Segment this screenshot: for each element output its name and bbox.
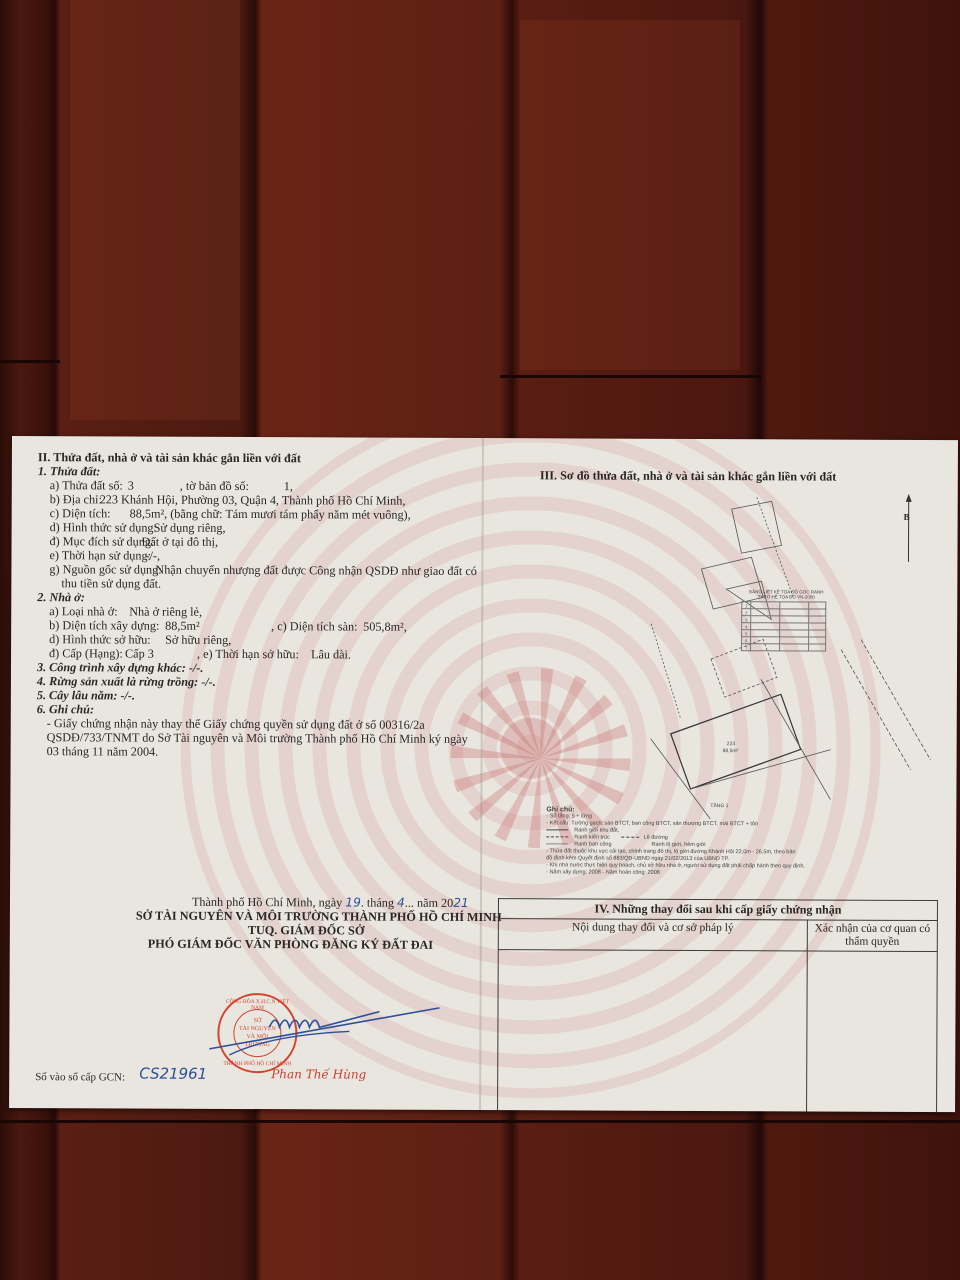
map-sheet-label: , tờ bản đồ số: — [180, 479, 249, 493]
month-label: tháng — [367, 896, 394, 910]
ownership-term-label: , e) Thời hạn sở hữu: — [197, 647, 299, 661]
registry-number: CS21961 — [139, 1067, 207, 1081]
parcel-number: 3 — [128, 479, 134, 493]
floor-highlight — [70, 0, 240, 420]
origin: Nhận chuyển nhượng đất được Công nhận QS… — [155, 563, 476, 578]
land-heading: 1. Thửa đất: — [38, 464, 101, 478]
house-type: Nhà ở riêng lẻ, — [129, 605, 202, 619]
signer-name: Phan Thế Hùng — [271, 1067, 366, 1081]
use-term-label: e) Thời hạn sử dụng: — [49, 548, 151, 562]
origin-label: g) Nguồn gốc sử dụng: — [49, 562, 161, 576]
floor-seam — [0, 1120, 960, 1123]
legend-curb: Lề đường — [644, 835, 668, 841]
ownership-label: d) Hình thức sở hữu: — [49, 632, 151, 646]
area-label: c) Diện tích: — [50, 506, 111, 520]
origin-continued: thu tiền sử dụng đất. — [61, 576, 161, 590]
forest: 4. Rừng sản xuất là rừng trồng: -/-. — [37, 674, 216, 689]
use-term: -/-, — [145, 549, 160, 563]
land-certificate: II. Thửa đất, nhà ở và tài sản khác gắn … — [9, 436, 958, 1112]
grade: Cấp 3 — [125, 646, 154, 660]
diagram-legend: Ghi chú: - Số tầng: 5 + lửng - Kết cấu: … — [546, 806, 805, 877]
legend-alley-boundary: Ranh lộ giới, hẻm giới — [652, 842, 706, 848]
use-purpose: Đất ở tại đô thị, — [142, 535, 219, 549]
perennial-trees: 5. Cây lâu năm: -/-. — [37, 688, 135, 702]
floor-seam — [0, 360, 60, 363]
place-date-prefix: Thành phố Hồ Chí Minh, ngày — [192, 895, 342, 910]
floor-area-label: , c) Diện tích sàn: — [271, 619, 357, 633]
parcel-label: 223 — [727, 741, 736, 747]
ownership: Sở hữu riêng, — [165, 633, 231, 647]
issue-day: 19 — [345, 895, 361, 909]
other-construction: 3. Công trình xây dựng khác: -/-. — [37, 660, 203, 675]
floor-seam — [500, 375, 762, 378]
legend-land-boundary: Ranh giới khu đất, — [574, 827, 619, 833]
changes-content-cell — [498, 950, 808, 1112]
parcel-number-label: a) Thửa đất số: — [50, 478, 123, 492]
place-date: Thành phố Hồ Chí Minh, ngày 19. tháng 4.… — [192, 895, 469, 910]
house-type-label: a) Loại nhà ở: — [49, 604, 117, 618]
changes-col-content: Nội dung thay đổi và cơ sở pháp lý — [498, 919, 807, 951]
issuing-agency: SỞ TÀI NGUYÊN VÀ MÔI TRƯỜNG THÀNH PHỐ HỒ… — [136, 909, 502, 925]
building-area-label: b) Diện tích xây dựng: — [49, 618, 159, 632]
section-2-title: II. Thửa đất, nhà ở và tài sản khác gắn … — [38, 450, 301, 465]
parcel-area: 88,5m² — [723, 748, 739, 754]
note-line-3: 03 tháng 11 năm 2004. — [47, 744, 159, 758]
issue-month: 4 — [397, 896, 405, 910]
year-label: năm 20 — [417, 896, 453, 910]
coord-table-grid: 1234567 — [741, 601, 826, 651]
grade-label: đ) Cấp (Hạng): — [49, 646, 123, 660]
notes-heading: 6. Ghi chú: — [37, 702, 94, 716]
use-form: Sử dụng riêng, — [154, 521, 226, 535]
changes-table: IV. Những thay đổi sau khi cấp giấy chứn… — [497, 898, 938, 1112]
ownership-term: Lâu dài. — [311, 647, 351, 661]
fold-line — [479, 438, 484, 1110]
building-area: 88,5m² — [165, 619, 200, 633]
use-purpose-label: đ) Mục đích sử dụng: — [50, 534, 155, 548]
signer-position: PHÓ GIÁM ĐỐC VĂN PHÒNG ĐĂNG KÝ ĐẤT ĐAI — [148, 937, 433, 952]
house-heading: 2. Nhà ở: — [37, 590, 85, 604]
changes-col-confirmation: Xác nhận của cơ quan có thẩm quyền — [807, 920, 937, 952]
legend-arch-boundary: Ranh kiến trúc — [574, 834, 609, 840]
legend-note-4: - Năm xây dựng: 2008 - Năm hoàn công: 20… — [546, 869, 805, 877]
on-behalf-of: TUQ. GIÁM ĐỐC SỞ — [248, 923, 365, 938]
address: 223 Khánh Hội, Phường 03, Quận 4, Thành … — [100, 492, 406, 507]
changes-confirmation-cell — [807, 951, 938, 1112]
area: 88,5m², (bằng chữ: Tám mươi tám phẩy năm… — [130, 507, 411, 522]
legend-balcony-boundary: Ranh ban công — [574, 841, 611, 847]
map-sheet-number: 1, — [284, 479, 293, 493]
floor-highlight — [520, 20, 740, 370]
issue-year: 21 — [453, 896, 469, 910]
parcel-diagram: 223 88,5m² TẦNG 1 — [530, 488, 951, 830]
coord-table-subtitle: THEO HỆ TỌA ĐỘ VN-2000 — [741, 594, 831, 599]
section-4-title: IV. Những thay đổi sau khi cấp giấy chứn… — [498, 899, 937, 921]
floor-area: 505,8m², — [363, 620, 407, 634]
address-label: b) Địa chỉ: — [50, 492, 102, 506]
section-3-title: III. Sơ đồ thửa đất, nhà ở và tài sản kh… — [540, 468, 836, 483]
use-form-label: d) Hình thức sử dụng: — [50, 520, 157, 534]
signature-scribble — [199, 997, 459, 1058]
coordinate-table: BẢNG LIỆT KÊ TỌA ĐỘ GÓC RANH THEO HỆ TỌA… — [741, 589, 831, 651]
registry-label: Số vào sổ cấp GCN: — [35, 1070, 125, 1084]
coord-row: 7 — [742, 644, 826, 651]
